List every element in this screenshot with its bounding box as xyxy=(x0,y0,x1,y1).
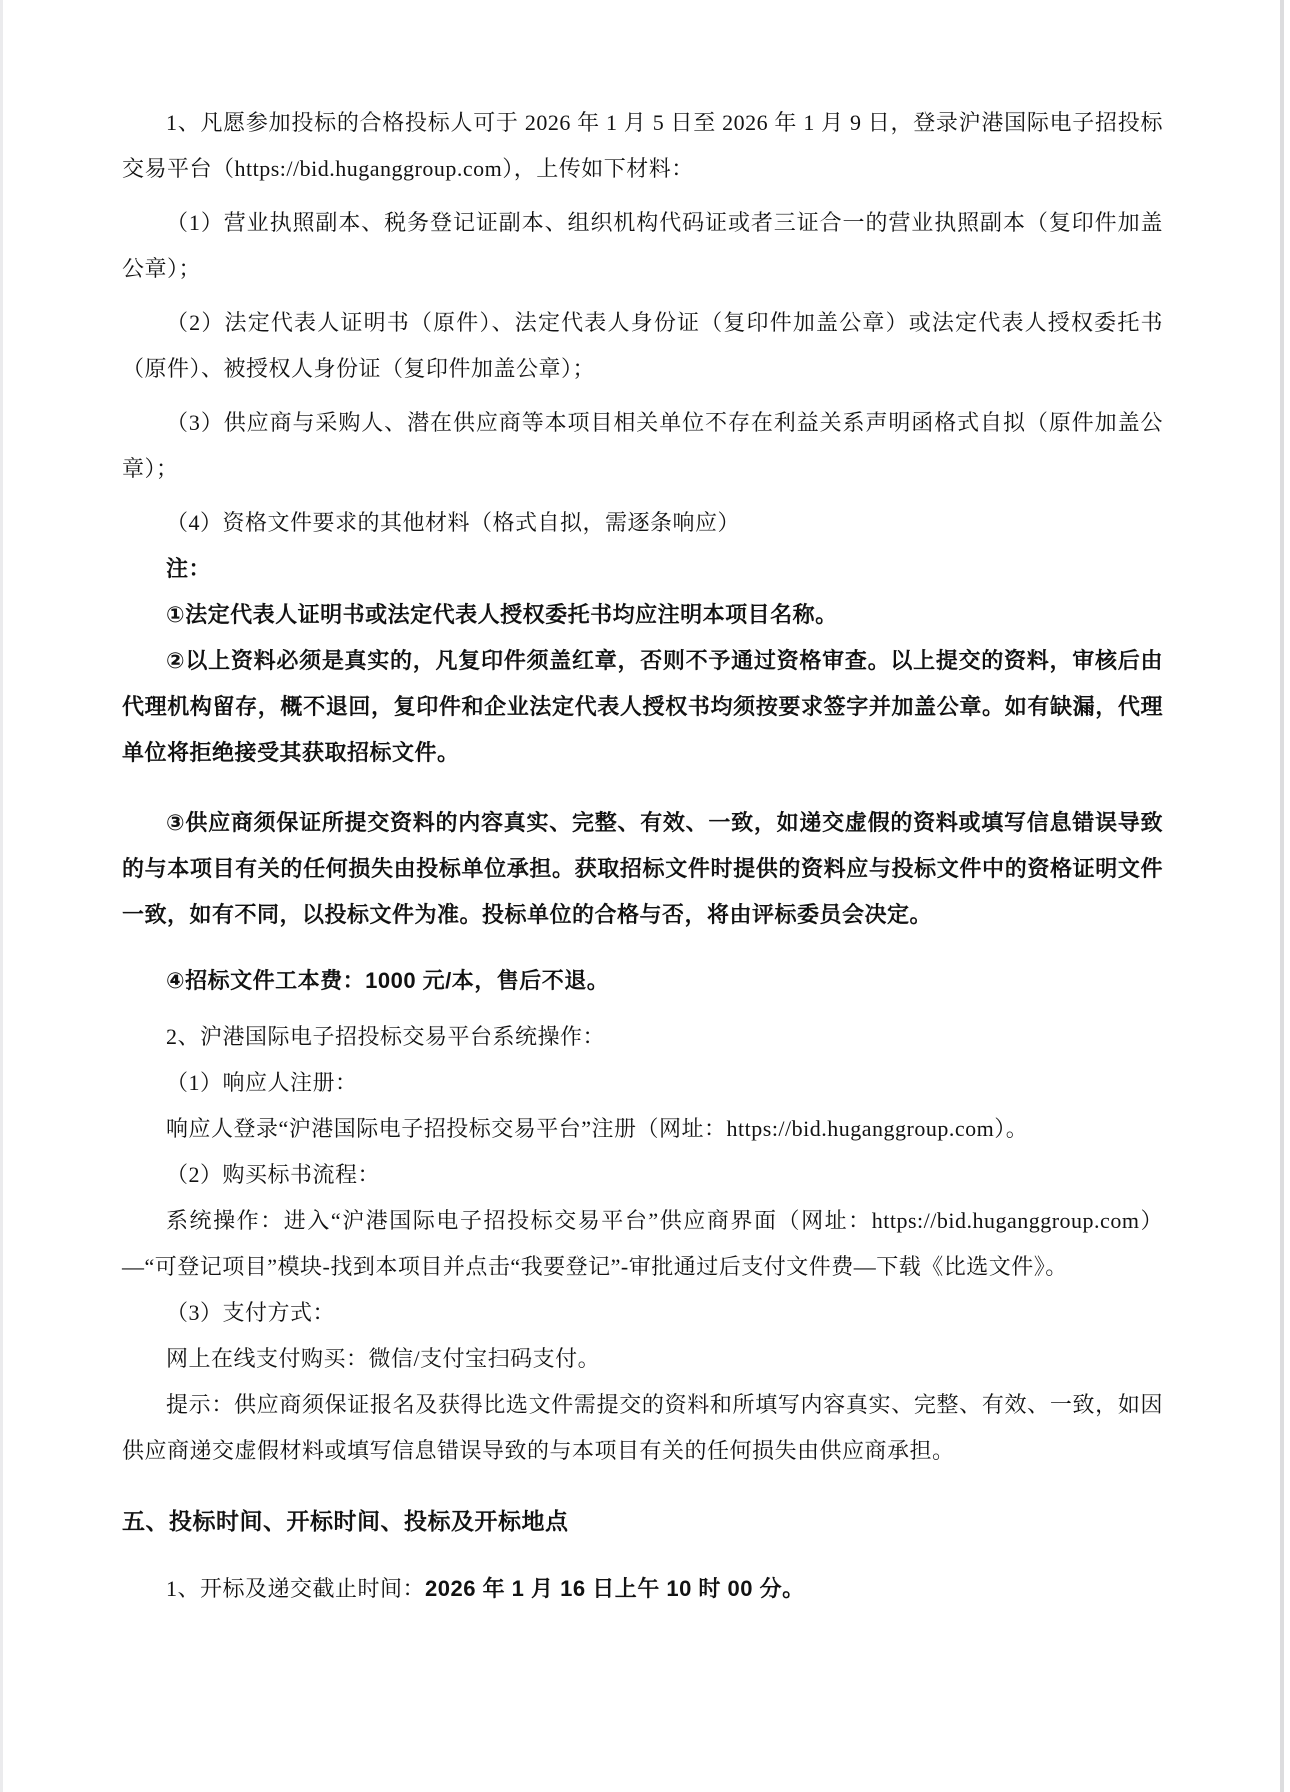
page-edge-left xyxy=(0,0,3,1792)
deadline-prefix: 1、开标及递交截止时间： xyxy=(166,1576,425,1601)
note-item-4: ④招标文件工本费：1000 元/本，售后不退。 xyxy=(122,958,1163,1004)
payment-text: 网上在线支付购买：微信/支付宝扫码支付。 xyxy=(122,1336,1163,1382)
material-item-2: （2）法定代表人证明书（原件）、法定代表人身份证（复印件加盖公章）或法定代表人授… xyxy=(122,300,1163,392)
note-item-3: ③供应商须保证所提交资料的内容真实、完整、有效、一致，如递交虚假的资料或填写信息… xyxy=(122,800,1163,938)
purchase-label: （2）购买标书流程： xyxy=(122,1152,1163,1198)
platform-ops-title: 2、沪港国际电子招投标交易平台系统操作： xyxy=(122,1014,1163,1060)
section5-heading: 五、投标时间、开标时间、投标及开标地点 xyxy=(122,1498,1163,1544)
material-item-3: （3）供应商与采购人、潜在供应商等本项目相关单位不存在利益关系声明函格式自拟（原… xyxy=(122,400,1163,492)
purchase-text: 系统操作：进入“沪港国际电子招投标交易平台”供应商界面（网址：https://b… xyxy=(122,1198,1163,1290)
register-label: （1）响应人注册： xyxy=(122,1060,1163,1106)
register-text: 响应人登录“沪港国际电子招投标交易平台”注册（网址：https://bid.hu… xyxy=(122,1106,1163,1152)
note-label: 注： xyxy=(122,546,1163,592)
document-body: 1、凡愿参加投标的合格投标人可于 2026 年 1 月 5 日至 2026 年 … xyxy=(122,100,1163,1612)
material-item-4: （4）资格文件要求的其他材料（格式自拟，需逐条响应） xyxy=(122,500,1163,546)
deadline-line: 1、开标及递交截止时间：2026 年 1 月 16 日上午 10 时 00 分。 xyxy=(122,1566,1163,1612)
deadline-value: 2026 年 1 月 16 日上午 10 时 00 分。 xyxy=(425,1576,805,1601)
page-edge-right xyxy=(1280,0,1284,1792)
intro-paragraph: 1、凡愿参加投标的合格投标人可于 2026 年 1 月 5 日至 2026 年 … xyxy=(122,100,1163,192)
tip-paragraph: 提示：供应商须保证报名及获得比选文件需提交的资料和所填写内容真实、完整、有效、一… xyxy=(122,1382,1163,1474)
note-item-2: ②以上资料必须是真实的，凡复印件须盖红章，否则不予通过资格审查。以上提交的资料，… xyxy=(122,638,1163,776)
note-item-1: ①法定代表人证明书或法定代表人授权委托书均应注明本项目名称。 xyxy=(122,592,1163,638)
document-page: 1、凡愿参加投标的合格投标人可于 2026 年 1 月 5 日至 2026 年 … xyxy=(0,0,1290,1792)
payment-label: （3）支付方式： xyxy=(122,1290,1163,1336)
material-item-1: （1）营业执照副本、税务登记证副本、组织机构代码证或者三证合一的营业执照副本（复… xyxy=(122,200,1163,292)
